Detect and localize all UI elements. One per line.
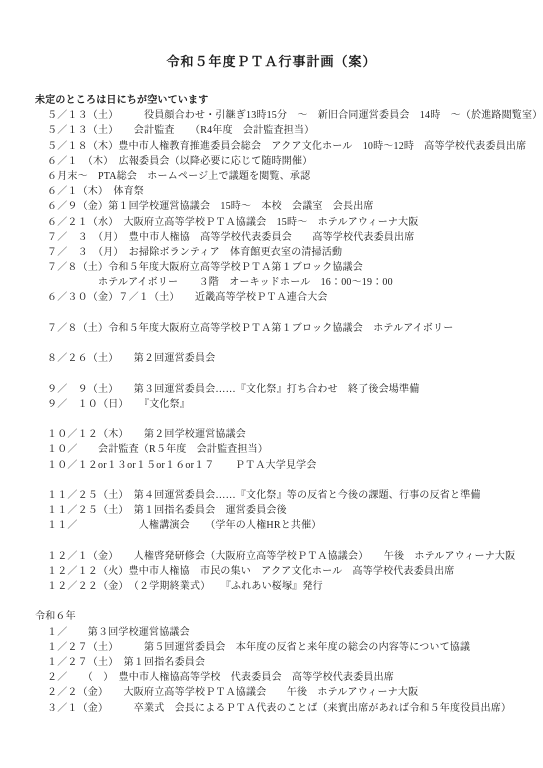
schedule-line: １２／２２（金） （２学期終業式） 『ふれあい桜塚』発行 — [0, 579, 543, 594]
schedule-line: １／２７（土） 第１回指名委員会 — [0, 655, 543, 670]
schedule-line: １０／ 会計監査（R５年度 会計監査担当） — [0, 442, 543, 457]
blank-line — [0, 336, 543, 351]
schedule-line: ６／１（木） 体育祭 — [0, 184, 543, 199]
schedule-line: ９／ ９（土） 第３回運営委員会……『文化祭』打ち合わせ 終了後会場準備 — [0, 382, 543, 397]
schedule-line: ７／ ３ （月） 豊中市人権協 高等学校代表委員会 高等学校代表委員出席 — [0, 230, 543, 245]
schedule-body: 未定のところは日にちが空いています ５／１３（土） 役員顔合わせ・引継ぎ13時1… — [0, 93, 543, 716]
schedule-line: ７／ ３ （月） お掃除ボランティア 体育館更衣室の清掃活動 — [0, 245, 543, 260]
schedule-line: ７／８（土）令和５年度大阪府立高等学校ＰＴＡ第１ブロック協議会 ホテルアイボリー — [0, 321, 543, 336]
schedule-line: ８／２６（土） 第２回運営委員会 — [0, 351, 543, 366]
schedule-line: ３／１（金） 卒業式 会長によるＰＴＡ代表のことば（来賓出席があれば令和５年度役… — [0, 701, 543, 716]
intro-note: 未定のところは日にちが空いています — [0, 93, 543, 108]
schedule-line: ５／１３（土） 会計監査 （R4年度 会計監査担当） — [0, 123, 543, 138]
schedule-line: ６／９（金）第１回学校運営協議会 15時～ 本校 会議室 会長出席 — [0, 199, 543, 214]
schedule-line: ７／８（土）令和５年度大阪府立高等学校ＰＴＡ第１ブロック協議会 — [0, 260, 543, 275]
blank-line — [0, 473, 543, 488]
schedule-line-continuation: ホテルアイボリー ３階 オーキッドホール 16：00～19：00 — [0, 275, 543, 290]
schedule-line: ５／１８（木）豊中市人権教育推進委員会総会 アクア文化ホール 10時～12時 高… — [0, 139, 543, 154]
schedule-line: １１／２５（土） 第４回運営委員会……『文化祭』等の反省と今後の課題、行事の反省… — [0, 488, 543, 503]
schedule-line: ９／ １０（日） 『文化祭』 — [0, 397, 543, 412]
schedule-line: １／２７（土） 第５回運営委員会 本年度の反省と来年度の総会の内容等について協議 — [0, 640, 543, 655]
schedule-line: ６／１ （木） 広報委員会（以降必要に応じて随時開催） — [0, 154, 543, 169]
schedule-line: ６／２１（水） 大阪府立高等学校ＰＴＡ協議会 15時～ ホテルアウィーナ大阪 — [0, 215, 543, 230]
schedule-line: １０／１２or１３or１５or１６or１７ ＰＴＡ大学見学会 — [0, 458, 543, 473]
schedule-line: １１／２５（土） 第１回指名委員会 運営委員会後 — [0, 503, 543, 518]
blank-line — [0, 306, 543, 321]
blank-line — [0, 533, 543, 548]
document-title: 令和５年度ＰＴＡ行事計画（案） — [0, 0, 543, 70]
pta-schedule-document-page: 令和５年度ＰＴＡ行事計画（案） 未定のところは日にちが空いています ５／１３（土… — [0, 0, 543, 768]
schedule-line: １１／ 人権講演会 （学年の人権HRと共催） — [0, 518, 543, 533]
schedule-line: ５／１３（土） 役員顔合わせ・引継ぎ13時15分 ～ 新旧合同運営委員会 14時… — [0, 108, 543, 123]
schedule-line: ６月末～ PTA総会 ホームページ上で議題を閲覧、承認 — [0, 169, 543, 184]
schedule-line: １０／１２（木） 第２回学校運営協議会 — [0, 427, 543, 442]
schedule-line: ２／２（金） 大阪府立高等学校ＰＴＡ協議会 午後 ホテルアウィーナ大阪 — [0, 685, 543, 700]
schedule-line: １／ 第３回学校運営協議会 — [0, 625, 543, 640]
schedule-line: １２／１２（火）豊中市人権協 市民の集い アクア文化ホール 高等学校代表委員出席 — [0, 564, 543, 579]
schedule-line: ２／ （ ） 豊中市人権協高等学校 代表委員会 高等学校代表委員出席 — [0, 670, 543, 685]
era-header-reiwa6: 令和６年 — [0, 609, 543, 624]
blank-line — [0, 594, 543, 609]
schedule-line: １２／１（金） 人権啓発研修会（大阪府立高等学校ＰＴＡ協議会） 午後 ホテルアウ… — [0, 549, 543, 564]
blank-line — [0, 412, 543, 427]
schedule-line: ６／３０（金）７／１（土） 近畿高等学校ＰＴＡ連合大会 — [0, 290, 543, 305]
blank-line — [0, 366, 543, 381]
